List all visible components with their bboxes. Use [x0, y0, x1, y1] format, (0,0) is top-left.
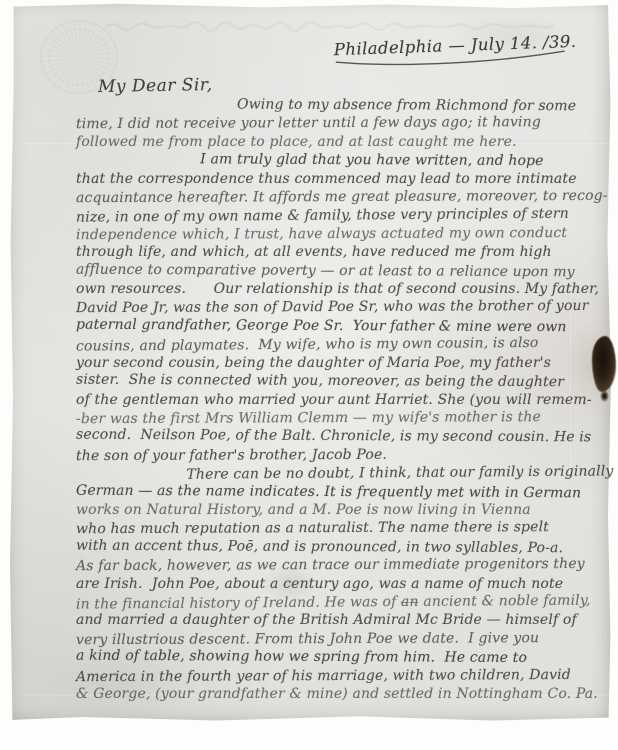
manuscript-line: through life, and which, at all events, … — [76, 243, 606, 261]
manuscript-line: followed me from place to place, and at … — [76, 133, 606, 151]
manuscript-line: German — as the name indicates. It is fr… — [76, 481, 606, 502]
manuscript-line: that the correspondence thus commenced m… — [76, 170, 606, 188]
manuscript-line: David Poe Jr, was the son of David Poe S… — [76, 297, 606, 318]
wax-seal-remnant — [592, 336, 616, 392]
letter-body: Owing to my absence from Richmond for so… — [76, 96, 606, 703]
manuscript-line: & George, (your grandfather & mine) and … — [76, 685, 606, 703]
manuscript-line: time, I did not receive your letter unti… — [76, 113, 606, 134]
manuscript-line: your second cousin, being the daughter o… — [76, 354, 606, 372]
wax-seal-drip — [600, 390, 609, 402]
manuscript-line: and married a daughter of the British Ad… — [76, 611, 606, 629]
manuscript-line: independence which, I trust, have always… — [76, 224, 606, 245]
manuscript-line: a kind of table, showing how we spring f… — [76, 647, 606, 668]
manuscript-line: affluence to comparative poverty — or at… — [76, 260, 606, 281]
manuscript-line: As far back, however, as we can trace ou… — [76, 555, 606, 576]
manuscript-line: sister. She is connected with you, moreo… — [76, 371, 606, 392]
manuscript-line: works on Natural History, and a M. Poe i… — [76, 501, 606, 519]
salutation: My Dear Sir, — [98, 75, 213, 97]
manuscript-line: America in the fourth year of his marria… — [76, 665, 606, 686]
manuscript-line: are Irish. John Poe, about a century ago… — [76, 575, 606, 593]
manuscript-line: second. Neilson Poe, of the Balt. Chroni… — [76, 426, 606, 447]
manuscript-line: own resources. Our relationship is that … — [76, 280, 606, 298]
manuscript-scan: Philadelphia — July 14. /39. My Dear Sir… — [0, 0, 618, 750]
manuscript-line: of the gentleman who married your aunt H… — [76, 391, 606, 409]
manuscript-line: who has much reputation as a naturalist.… — [76, 518, 606, 539]
manuscript-line: I am truly glad that you have written, a… — [76, 150, 606, 171]
